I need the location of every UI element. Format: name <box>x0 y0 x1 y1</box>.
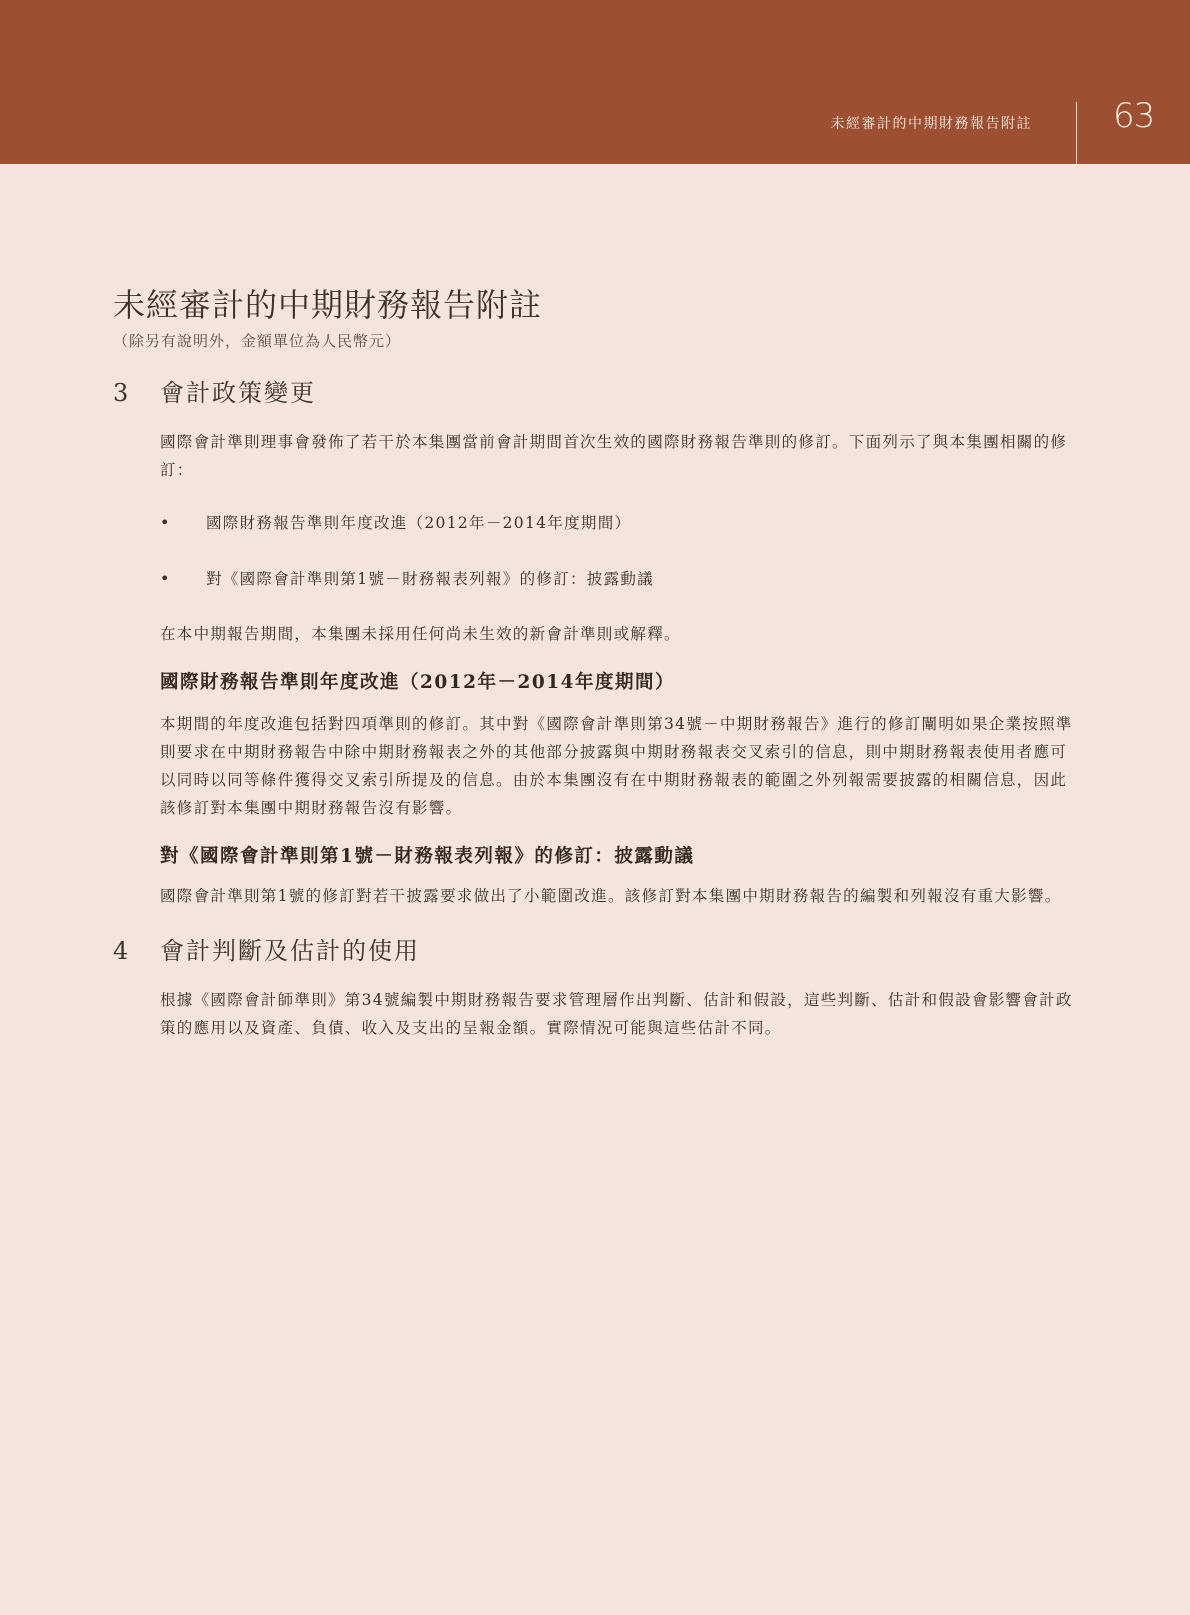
page-number: 63 <box>1113 96 1154 136</box>
header-band: 未經審計的中期財務報告附註 63 <box>0 0 1190 164</box>
section-title: 會計政策變更 <box>160 376 316 410</box>
section-3-body: 國際會計準則理事會發佈了若干於本集團當前會計期間首次生效的國際財務報告準則的修訂… <box>160 428 1078 910</box>
bullet-icon: • <box>160 509 206 537</box>
page-title: 未經審計的中期財務報告附註 <box>113 282 1078 328</box>
subsection-heading: 對《國際會計準則第1號－財務報表列報》的修訂：披露動議 <box>160 842 1078 872</box>
section-4-text: 根據《國際會計師準則》第34號編製中期財務報告要求管理層作出判斷、估計和假設，這… <box>160 986 1078 1042</box>
page-subtitle: （除另有說明外，金額單位為人民幣元） <box>113 330 1078 352</box>
bullet-icon: • <box>160 565 206 593</box>
section-number: 4 <box>113 934 160 968</box>
bullet-text: 對《國際會計準則第1號－財務報表列報》的修訂：披露動議 <box>206 565 654 593</box>
header-divider <box>1076 102 1077 164</box>
subsection-body: 國際會計準則第1號的修訂對若干披露要求做出了小範圍改進。該修訂對本集團中期財務報… <box>160 882 1078 910</box>
section-4-heading: 4 會計判斷及估計的使用 <box>113 934 1078 968</box>
bullet-item: • 對《國際會計準則第1號－財務報表列報》的修訂：披露動議 <box>160 565 1078 593</box>
bullet-item: • 國際財務報告準則年度改進（2012年－2014年度期間） <box>160 509 1078 537</box>
running-header-title: 未經審計的中期財務報告附註 <box>831 113 1033 133</box>
bullet-text: 國際財務報告準則年度改進（2012年－2014年度期間） <box>206 509 631 537</box>
subsection-heading: 國際財務報告準則年度改進（2012年－2014年度期間） <box>160 668 1078 698</box>
section-3-intro: 國際會計準則理事會發佈了若干於本集團當前會計期間首次生效的國際財務報告準則的修訂… <box>160 428 1078 484</box>
subsection-body: 本期間的年度改進包括對四項準則的修訂。其中對《國際會計準則第34號－中期財務報告… <box>160 710 1078 822</box>
section-3-heading: 3 會計政策變更 <box>113 376 1078 410</box>
section-title: 會計判斷及估計的使用 <box>160 934 420 968</box>
page-content: 未經審計的中期財務報告附註 （除另有說明外，金額單位為人民幣元） 3 會計政策變… <box>113 282 1078 1042</box>
section-number: 3 <box>113 376 160 410</box>
section-3-note: 在本中期報告期間，本集團未採用任何尚未生效的新會計準則或解釋。 <box>160 620 1078 648</box>
section-4-body: 根據《國際會計師準則》第34號編製中期財務報告要求管理層作出判斷、估計和假設，這… <box>160 986 1078 1042</box>
